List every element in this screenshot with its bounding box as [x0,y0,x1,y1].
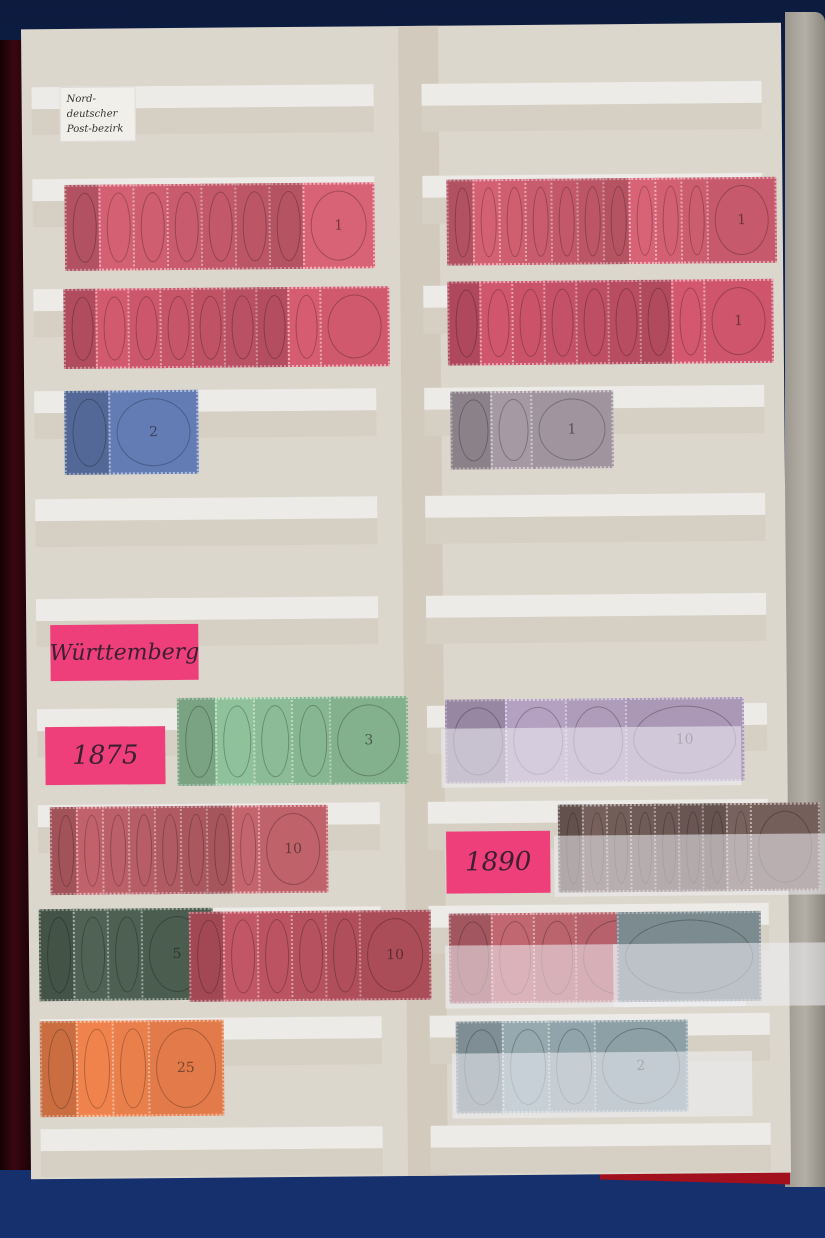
strip-glare [613,941,825,1007]
stamp: 2 [108,390,199,475]
stamp: 1 [302,182,375,269]
strip-glare [452,1051,753,1118]
stamp-block-ndp-1gr-d: 1 [447,279,768,366]
stamp-block-wu-darkgreen: 5 [39,908,208,1001]
stock-strip [426,593,766,644]
stamp: 1 [706,177,777,264]
stamp-block-ndp-1gr-c: 1 [446,177,771,266]
stamp-block-ndp-1gr-b [63,286,384,369]
stamp: 1 [703,279,774,364]
stamp: 10 [258,805,329,894]
stamp: 10 [359,910,432,1001]
stock-strip [421,81,761,132]
stamp: 25 [148,1020,224,1117]
label-1875: 1875 [45,726,166,785]
stock-strip [425,493,765,544]
label-norddeutscher: Nord-deutscher Post-bezirk [60,86,136,142]
stamp: 1 [530,390,613,469]
stock-strip [431,1123,771,1174]
stamp-block-wu-green: 3 [177,696,403,786]
stock-strip [41,1126,383,1177]
stock-strip [35,496,377,547]
stamp-block-wu-red-b: 10 [189,910,426,1002]
strip-glare [554,833,825,897]
label-wurttemberg: Württemberg [50,624,198,681]
album-page-edge [785,12,825,1187]
stamp-block-ndp-dienst: 1 [450,390,607,469]
strip-glare [441,726,742,787]
stamp-block-ndp-2gr: 2 [64,390,193,475]
stamp [319,286,390,367]
stamp: 3 [329,696,409,785]
stamp-block-wu-orange: 25 [40,1020,218,1118]
label-1890: 1890 [446,831,551,894]
stamp-block-ndp-1gr-a: 1 [64,182,369,271]
stamp-block-wu-red-10: 10 [50,805,323,895]
stockbook-page: Nord-deutscher Post-bezirk Württemberg 1… [21,23,791,1180]
